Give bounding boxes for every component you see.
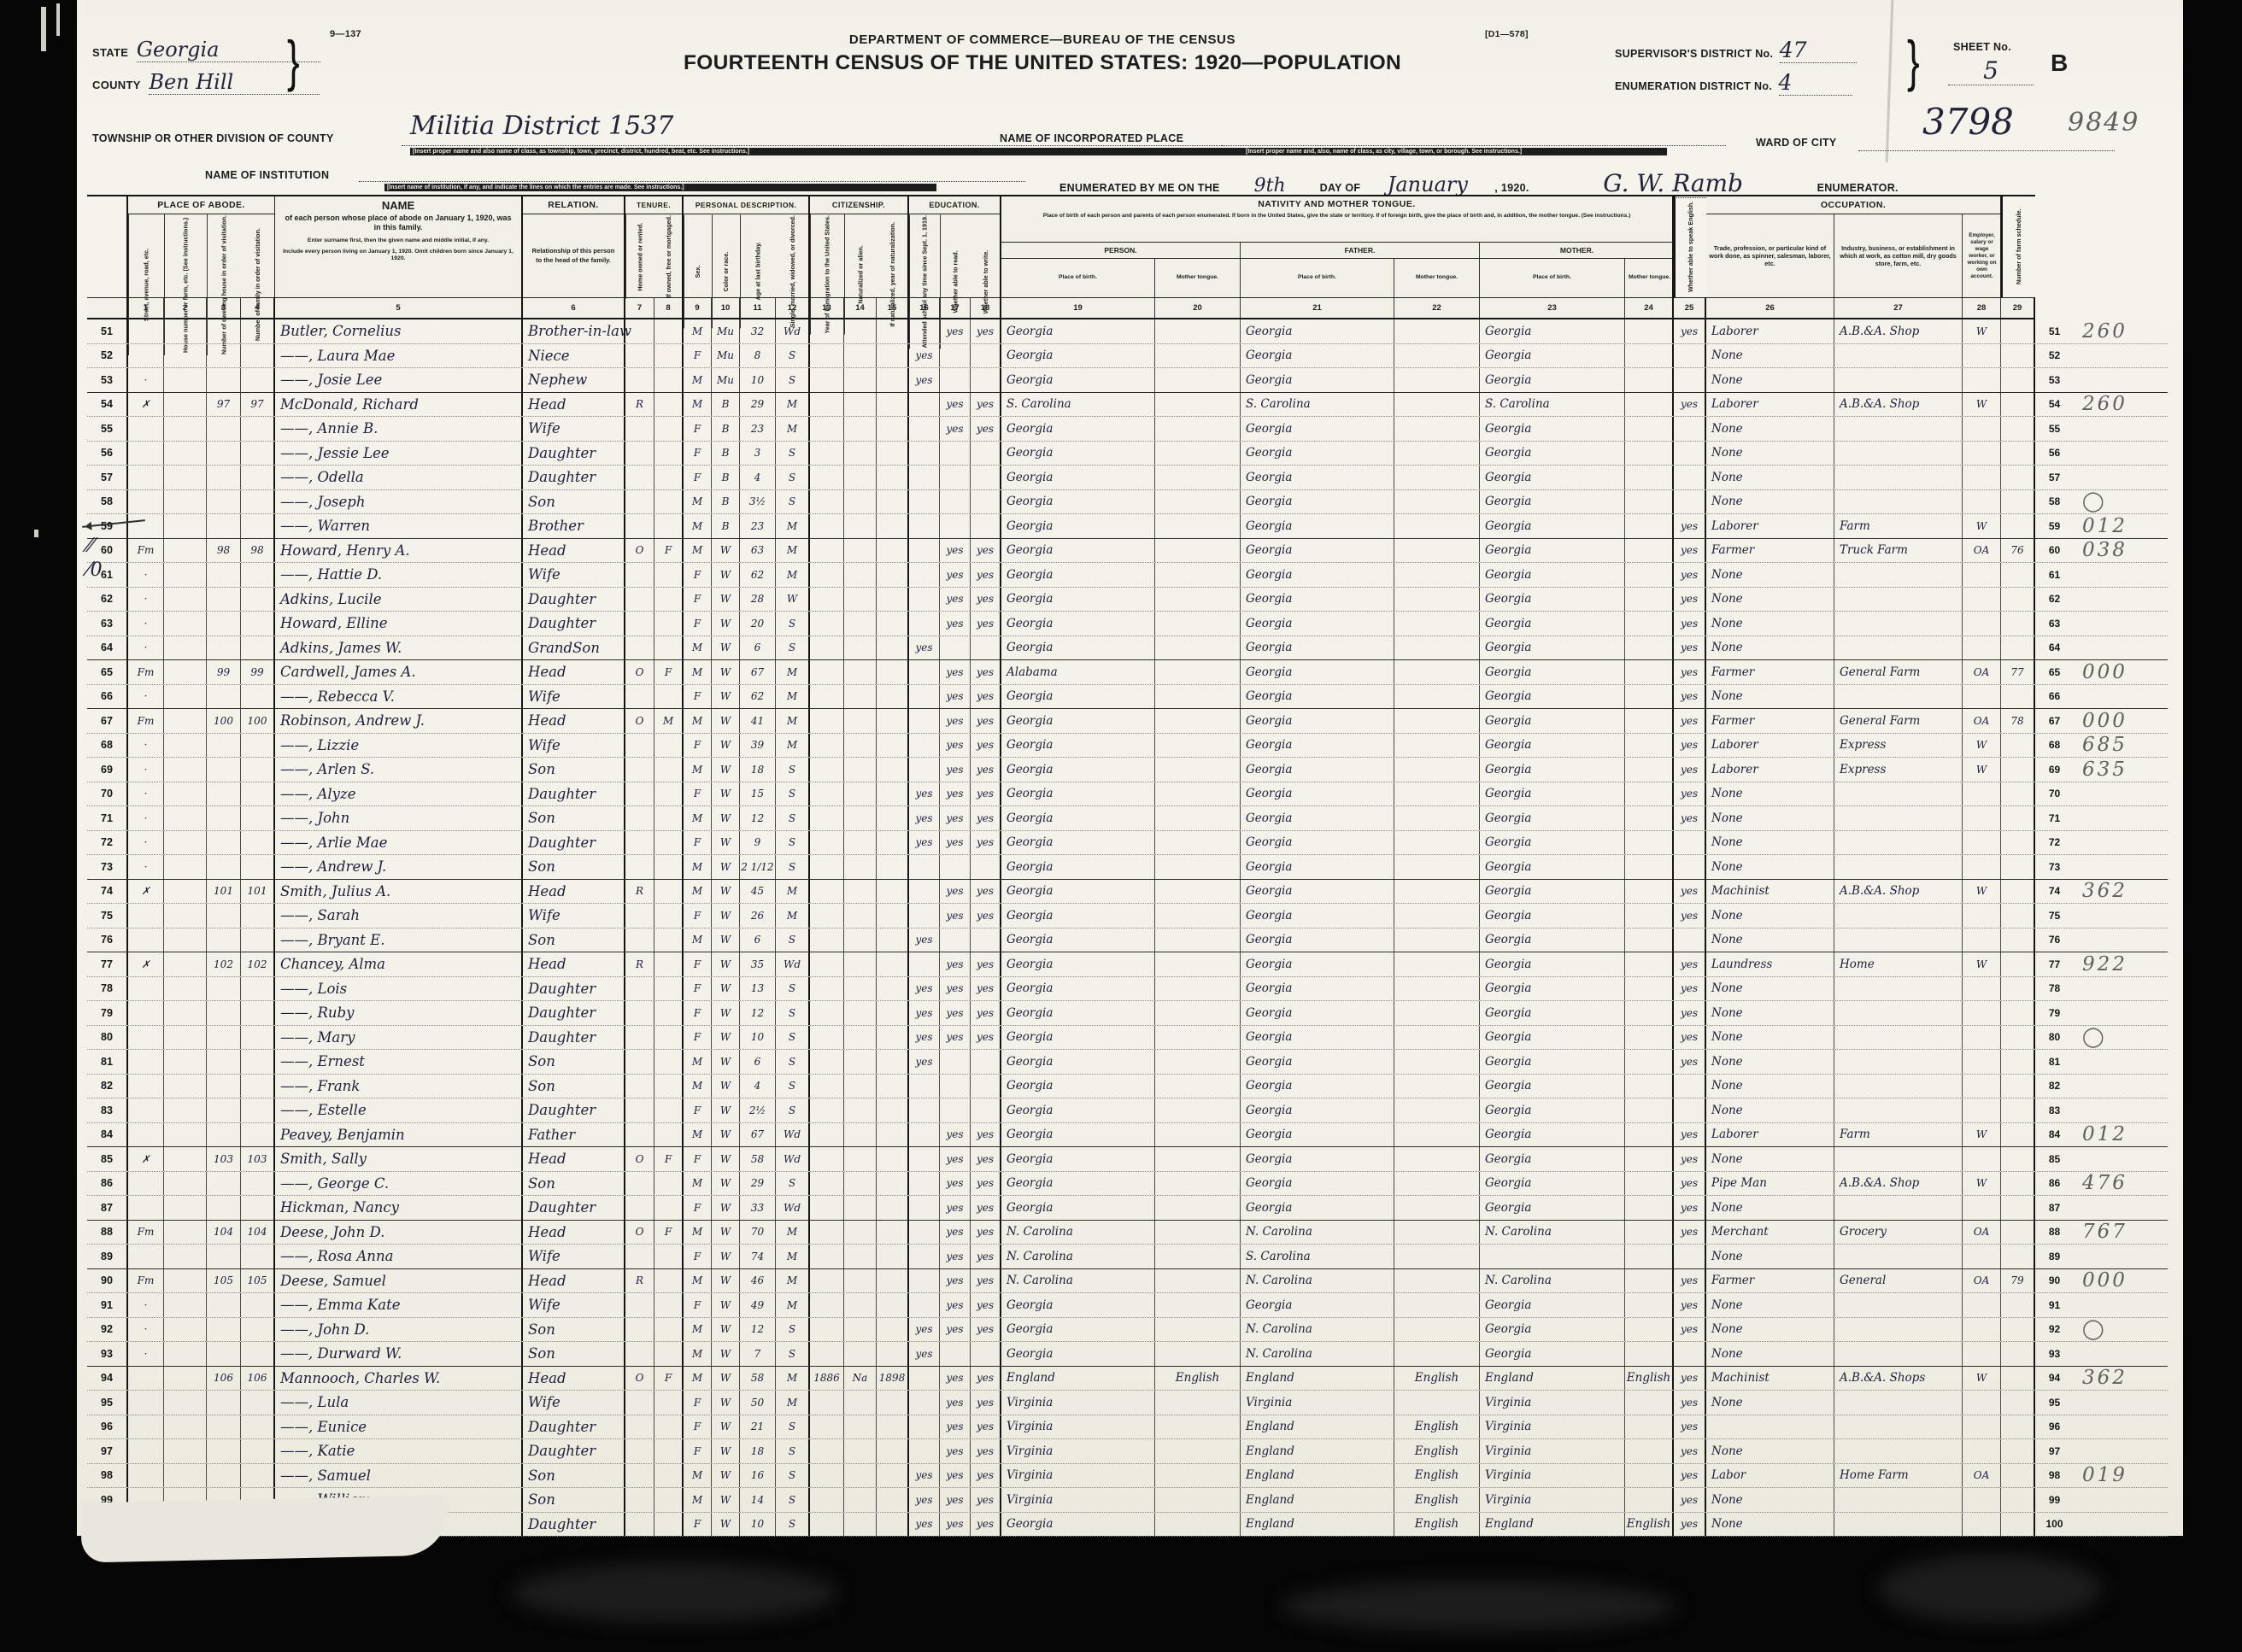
pencil-margin-number xyxy=(2074,1050,2168,1074)
cell-pob: Georgia xyxy=(1001,1098,1155,1122)
cell-occ: Laborer xyxy=(1706,734,1834,758)
cell-sch: yes xyxy=(909,368,940,392)
cell-rel: Head xyxy=(523,1221,625,1245)
line-number-left: 81 xyxy=(87,1050,128,1074)
cell-natyr xyxy=(877,539,909,563)
line-number-right: 79 xyxy=(2035,1001,2074,1025)
cell-mt xyxy=(1155,1050,1241,1074)
cell-eng xyxy=(1674,1245,1706,1268)
cell-sch xyxy=(909,442,940,466)
cell-hn xyxy=(164,952,207,976)
census-row: 67Fm100100Robinson, Andrew J.HeadOMMW41M… xyxy=(87,709,2168,734)
cell-age: 67 xyxy=(740,1123,776,1147)
cell-write: yes xyxy=(971,1439,1001,1463)
cell-fm xyxy=(241,466,275,489)
cell-pob: Alabama xyxy=(1001,660,1155,684)
cell-dw: 106 xyxy=(207,1367,241,1391)
line-number-left: 94 xyxy=(87,1367,128,1391)
col-header-employer-class: Employer, salary or wage worker, or work… xyxy=(1963,214,2001,297)
cell-mmt xyxy=(1625,1464,1674,1488)
cell-st: ✗ xyxy=(128,952,164,976)
cell-emp xyxy=(1963,1075,2001,1098)
cell-dw xyxy=(207,929,241,952)
cell-own xyxy=(625,1415,654,1439)
line-number-right: 75 xyxy=(2035,904,2074,928)
cell-sex: F xyxy=(684,466,712,489)
cell-ind xyxy=(1834,368,1963,392)
cell-fpob: N. Carolina xyxy=(1241,1221,1394,1245)
cell-mmt xyxy=(1625,1293,1674,1317)
cell-age: 45 xyxy=(740,880,776,904)
cell-eng: yes xyxy=(1674,952,1706,976)
cell-fmt xyxy=(1394,344,1480,368)
cell-yr xyxy=(810,1050,844,1074)
cell-emp xyxy=(1963,855,2001,879)
line-number-left: 85 xyxy=(87,1147,128,1171)
cell-mpob: Georgia xyxy=(1480,709,1625,733)
cell-mmt xyxy=(1625,1269,1674,1293)
cell-mort xyxy=(654,417,684,441)
cell-race: W xyxy=(712,1123,740,1147)
cell-mort xyxy=(654,1172,684,1196)
cell-mmt xyxy=(1625,685,1674,709)
cell-race: W xyxy=(712,1050,740,1074)
cell-st: · xyxy=(128,685,164,709)
line-number-left: 58 xyxy=(87,490,128,514)
cell-yr xyxy=(810,539,844,563)
cell-mort xyxy=(654,612,684,636)
cell-pob: Georgia xyxy=(1001,368,1155,392)
cell-mort xyxy=(654,1098,684,1122)
cell-st xyxy=(128,442,164,466)
cell-st: · xyxy=(128,1318,164,1342)
cell-mt xyxy=(1155,1342,1241,1366)
cell-read xyxy=(940,344,971,368)
cell-mt xyxy=(1155,368,1241,392)
cell-st: ✗ xyxy=(128,1147,164,1171)
cell-mpob: Georgia xyxy=(1480,1196,1625,1220)
cell-fm xyxy=(241,1293,275,1317)
cell-sch xyxy=(909,734,940,758)
cell-write: yes xyxy=(971,612,1001,636)
cell-eng: yes xyxy=(1674,612,1706,636)
cell-read: yes xyxy=(940,806,971,830)
cell-fmt xyxy=(1394,709,1480,733)
cell-fpob: Georgia xyxy=(1241,368,1394,392)
cell-race: W xyxy=(712,636,740,660)
column-number: 26 xyxy=(1706,297,1834,318)
pencil-margin-number xyxy=(2074,685,2168,709)
pencil-margin-number xyxy=(2074,1342,2168,1366)
census-row: 86——, George C.SonMW29SyesyesGeorgiaGeor… xyxy=(87,1172,2168,1197)
cell-mar: Wd xyxy=(776,1147,810,1171)
cell-own xyxy=(625,1391,654,1415)
cell-nat xyxy=(844,514,877,538)
township-label: TOWNSHIP OR OTHER DIVISION OF COUNTY xyxy=(92,132,334,144)
cell-age: 9 xyxy=(740,831,776,855)
cell-fmt xyxy=(1394,612,1480,636)
cell-ind xyxy=(1834,1098,1963,1122)
pencil-margin-number xyxy=(2074,368,2168,392)
cell-age: 18 xyxy=(740,758,776,782)
cell-eng: yes xyxy=(1674,319,1706,343)
census-row: 92·——, John D.SonMW12SyesyesyesGeorgiaN.… xyxy=(87,1318,2168,1343)
cell-write: yes xyxy=(971,685,1001,709)
cell-sex: F xyxy=(684,782,712,806)
cell-ind: A.B.&A. Shop xyxy=(1834,393,1963,417)
cell-write xyxy=(971,929,1001,952)
cell-pob: Georgia xyxy=(1001,1075,1155,1098)
cell-write: yes xyxy=(971,660,1001,684)
line-number-left: 69 xyxy=(87,758,128,782)
cell-mort xyxy=(654,1293,684,1317)
cell-farm xyxy=(2001,1245,2035,1268)
cell-own xyxy=(625,1464,654,1488)
cell-mort xyxy=(654,442,684,466)
cell-read xyxy=(940,1075,971,1098)
cell-occ: Farmer xyxy=(1706,539,1834,563)
cell-fpob: Georgia xyxy=(1241,344,1394,368)
cell-fm xyxy=(241,514,275,538)
cell-pob: Georgia xyxy=(1001,636,1155,660)
cell-emp: W xyxy=(1963,880,2001,904)
cell-hn xyxy=(164,880,207,904)
line-number-left: 73 xyxy=(87,855,128,879)
cell-read xyxy=(940,1342,971,1366)
col-header-age: Age at last birthday. xyxy=(740,214,776,328)
cell-dw xyxy=(207,319,241,343)
cell-occ: Laundress xyxy=(1706,952,1834,976)
cell-mmt xyxy=(1625,612,1674,636)
cell-sch xyxy=(909,1269,940,1293)
cell-eng: yes xyxy=(1674,393,1706,417)
line-number-right: 86 xyxy=(2035,1172,2074,1196)
line-number-left: 77 xyxy=(87,952,128,976)
cell-race: W xyxy=(712,1488,740,1512)
cell-name: ——, Samuel xyxy=(275,1464,523,1488)
cell-mmt xyxy=(1625,1415,1674,1439)
cell-mmt xyxy=(1625,319,1674,343)
cell-write: yes xyxy=(971,1221,1001,1245)
cell-fmt xyxy=(1394,806,1480,830)
cell-mort xyxy=(654,1269,684,1293)
cell-mt xyxy=(1155,1269,1241,1293)
cell-write: yes xyxy=(971,1513,1001,1537)
cell-hn xyxy=(164,1269,207,1293)
cell-rel: Daughter xyxy=(523,1439,625,1463)
cell-nat xyxy=(844,806,877,830)
group-title-nativity: NATIVITY AND MOTHER TONGUE. xyxy=(1001,196,1672,212)
cell-mt xyxy=(1155,782,1241,806)
cell-mmt xyxy=(1625,1050,1674,1074)
cell-yr xyxy=(810,952,844,976)
column-number: 28 xyxy=(1963,297,2001,318)
cell-dw xyxy=(207,368,241,392)
cell-read xyxy=(940,368,971,392)
cell-rel: Wife xyxy=(523,734,625,758)
cell-read: yes xyxy=(940,612,971,636)
cell-fmt xyxy=(1394,636,1480,660)
cell-eng xyxy=(1674,344,1706,368)
cell-ind: Farm xyxy=(1834,1123,1963,1147)
cell-hn xyxy=(164,514,207,538)
group-title-abode: PLACE OF ABODE. xyxy=(128,196,274,214)
cell-age: 13 xyxy=(740,977,776,1001)
cell-rel: Son xyxy=(523,1488,625,1512)
cell-st xyxy=(128,1439,164,1463)
cell-name: ——, John xyxy=(275,806,523,830)
cell-fm xyxy=(241,588,275,612)
line-number-right: 71 xyxy=(2035,806,2074,830)
cell-ind: Farm xyxy=(1834,514,1963,538)
cell-mar: S xyxy=(776,977,810,1001)
cell-yr xyxy=(810,442,844,466)
line-number-left: 51 xyxy=(87,319,128,343)
cell-mar: M xyxy=(776,539,810,563)
cell-eng: yes xyxy=(1674,1050,1706,1074)
census-row: 85✗103103Smith, SallyHeadOFFW58WdyesyesG… xyxy=(87,1147,2168,1172)
cell-race: W xyxy=(712,855,740,879)
cell-mort: F xyxy=(654,660,684,684)
cell-mpob: England xyxy=(1480,1513,1625,1537)
cell-read: yes xyxy=(940,1026,971,1050)
cell-fmt: English xyxy=(1394,1488,1480,1512)
cell-fmt xyxy=(1394,1221,1480,1245)
cell-occ: None xyxy=(1706,490,1834,514)
cell-age: 4 xyxy=(740,1075,776,1098)
cell-yr xyxy=(810,393,844,417)
pencil-margin-number xyxy=(2074,1513,2168,1537)
cell-fm xyxy=(241,758,275,782)
cell-race: W xyxy=(712,1439,740,1463)
cell-fpob: England xyxy=(1241,1367,1394,1391)
cell-mort xyxy=(654,344,684,368)
cell-st xyxy=(128,929,164,952)
cell-name: ——, Josie Lee xyxy=(275,368,523,392)
cell-mar: S xyxy=(776,782,810,806)
cell-fpob: Georgia xyxy=(1241,685,1394,709)
cell-occ: None xyxy=(1706,904,1834,928)
cell-race: W xyxy=(712,588,740,612)
cell-sch xyxy=(909,685,940,709)
cell-nat xyxy=(844,929,877,952)
cell-fm xyxy=(241,977,275,1001)
cell-occ: Farmer xyxy=(1706,709,1834,733)
pencil-margin-number: 000 xyxy=(2074,1269,2168,1293)
cell-dw xyxy=(207,1391,241,1415)
census-row: 75——, SarahWifeFW26MyesyesGeorgiaGeorgia… xyxy=(87,904,2168,929)
cell-mpob: Georgia xyxy=(1480,368,1625,392)
cell-sex: M xyxy=(684,514,712,538)
census-row: 60⁄⁄Fm9898Howard, Henry A.HeadOFMW63Myes… xyxy=(87,539,2168,564)
cell-eng xyxy=(1674,929,1706,952)
group-occupation: OCCUPATION. Trade, profession, or partic… xyxy=(1706,196,2001,297)
cell-sch xyxy=(909,539,940,563)
cell-occ: None xyxy=(1706,1513,1834,1537)
cell-mt xyxy=(1155,1318,1241,1342)
cell-write: yes xyxy=(971,319,1001,343)
cell-mt xyxy=(1155,1123,1241,1147)
cell-sex: F xyxy=(684,1513,712,1537)
cell-dw: 102 xyxy=(207,952,241,976)
cell-mar: Wd xyxy=(776,952,810,976)
cell-emp xyxy=(1963,929,2001,952)
line-number-left: 53 xyxy=(87,368,128,392)
cell-read: yes xyxy=(940,417,971,441)
cell-write: yes xyxy=(971,1367,1001,1391)
census-row: 66·——, Rebecca V.WifeFW62MyesyesGeorgiaG… xyxy=(87,685,2168,710)
cell-sch: yes xyxy=(909,831,940,855)
cell-mpob: Virginia xyxy=(1480,1415,1625,1439)
cell-read: yes xyxy=(940,1269,971,1293)
cell-mmt xyxy=(1625,1318,1674,1342)
cell-mmt xyxy=(1625,734,1674,758)
cell-sex: F xyxy=(684,831,712,855)
cell-sex: F xyxy=(684,1147,712,1171)
cell-occ: None xyxy=(1706,1147,1834,1171)
cell-mt xyxy=(1155,344,1241,368)
pencil-margin-number xyxy=(2074,1147,2168,1171)
cell-rel: Head xyxy=(523,952,625,976)
cell-sex: M xyxy=(684,1172,712,1196)
name-note-2: Enter surname first, then the given name… xyxy=(282,237,514,244)
cell-mort: M xyxy=(654,709,684,733)
cell-age: 2 1/12 xyxy=(740,855,776,879)
cell-sex: M xyxy=(684,393,712,417)
cell-fmt xyxy=(1394,1172,1480,1196)
cell-fm xyxy=(241,1001,275,1025)
cell-write xyxy=(971,1075,1001,1098)
cell-ind xyxy=(1834,1293,1963,1317)
cell-ind: A.B.&A. Shop xyxy=(1834,319,1963,343)
cell-pob: Georgia xyxy=(1001,1001,1155,1025)
cell-pob: S. Carolina xyxy=(1001,393,1155,417)
cell-fpob: Georgia xyxy=(1241,319,1394,343)
line-number-right: 98 xyxy=(2035,1464,2074,1488)
cell-own: O xyxy=(625,660,654,684)
census-row: 53·——, Josie LeeNephewMMu10SyesGeorgiaGe… xyxy=(87,368,2168,393)
cell-write xyxy=(971,1050,1001,1074)
cell-farm xyxy=(2001,1172,2035,1196)
line-number-right: 93 xyxy=(2035,1342,2074,1366)
cell-sch xyxy=(909,660,940,684)
cell-eng xyxy=(1674,855,1706,879)
cell-mt xyxy=(1155,1415,1241,1439)
incorporated-place-label: NAME OF INCORPORATED PLACE xyxy=(1000,132,1183,144)
cell-mpob: S. Carolina xyxy=(1480,393,1625,417)
cell-emp xyxy=(1963,588,2001,612)
cell-farm xyxy=(2001,880,2035,904)
cell-age: 16 xyxy=(740,1464,776,1488)
cell-own: R xyxy=(625,952,654,976)
cell-write: yes xyxy=(971,1293,1001,1317)
cell-age: 7 xyxy=(740,1342,776,1366)
cell-pob: Virginia xyxy=(1001,1415,1155,1439)
state-label: STATE xyxy=(92,46,128,59)
cell-natyr xyxy=(877,442,909,466)
line-number-right: 99 xyxy=(2035,1488,2074,1512)
cell-mpob: Georgia xyxy=(1480,466,1625,489)
cell-own xyxy=(625,782,654,806)
cell-natyr xyxy=(877,1293,909,1317)
line-number-left: 83 xyxy=(87,1098,128,1122)
census-row: 73·——, Andrew J.SonMW2 1/12SGeorgiaGeorg… xyxy=(87,855,2168,880)
cell-read xyxy=(940,855,971,879)
cell-occ: Laborer xyxy=(1706,514,1834,538)
pencil-margin-number: 362 xyxy=(2074,1367,2168,1391)
cell-pob: N. Carolina xyxy=(1001,1245,1155,1268)
cell-mmt xyxy=(1625,1342,1674,1366)
cell-eng: yes xyxy=(1674,1001,1706,1025)
cell-yr xyxy=(810,977,844,1001)
cell-name: ——, Ernest xyxy=(275,1050,523,1074)
cell-st xyxy=(128,514,164,538)
cell-emp: W xyxy=(1963,758,2001,782)
cell-ind xyxy=(1834,929,1963,952)
cell-farm xyxy=(2001,442,2035,466)
cell-name: ——, Lula xyxy=(275,1391,523,1415)
cell-hn xyxy=(164,442,207,466)
cell-race: Mu xyxy=(712,344,740,368)
cell-mpob: Georgia xyxy=(1480,1123,1625,1147)
cell-age: 29 xyxy=(740,393,776,417)
cell-read: yes xyxy=(940,1147,971,1171)
cell-mar: S xyxy=(776,1050,810,1074)
cell-mpob: Georgia xyxy=(1480,636,1625,660)
line-number-right: 90 xyxy=(2035,1269,2074,1293)
cell-sex: F xyxy=(684,1439,712,1463)
cell-yr xyxy=(810,880,844,904)
cell-farm xyxy=(2001,1415,2035,1439)
cell-yr xyxy=(810,1513,844,1537)
cell-dw: 104 xyxy=(207,1221,241,1245)
cell-mort xyxy=(654,1050,684,1074)
cell-age: 4 xyxy=(740,466,776,489)
line-number-left: 67 xyxy=(87,709,128,733)
cell-emp xyxy=(1963,1488,2001,1512)
cell-sch xyxy=(909,466,940,489)
cell-fm xyxy=(241,1415,275,1439)
line-number-left: 96 xyxy=(87,1415,128,1439)
cell-name: ——, Estelle xyxy=(275,1098,523,1122)
cell-yr xyxy=(810,904,844,928)
cell-natyr xyxy=(877,1075,909,1098)
cell-read: yes xyxy=(940,709,971,733)
cell-fmt xyxy=(1394,417,1480,441)
film-smudge xyxy=(1880,1555,2102,1623)
cell-dw: 99 xyxy=(207,660,241,684)
cell-mmt xyxy=(1625,1075,1674,1098)
cell-pob: Georgia xyxy=(1001,1147,1155,1171)
group-place-of-abode: PLACE OF ABODE. Street, avenue, road, et… xyxy=(128,196,275,297)
pencil-margin-number xyxy=(2074,563,2168,587)
pencil-margin-number: 476 xyxy=(2074,1172,2168,1196)
cell-mar: S xyxy=(776,1488,810,1512)
cell-fmt xyxy=(1394,1098,1480,1122)
pencil-margin-number: 635 xyxy=(2074,758,2168,782)
cell-name: ——, Annie B. xyxy=(275,417,523,441)
cell-yr xyxy=(810,466,844,489)
cell-ind xyxy=(1834,806,1963,830)
cell-name: Deese, Samuel xyxy=(275,1269,523,1293)
cell-natyr xyxy=(877,417,909,441)
cell-rel: Wife xyxy=(523,904,625,928)
cell-race: B xyxy=(712,417,740,441)
census-table: PLACE OF ABODE. Street, avenue, road, et… xyxy=(87,195,2168,1537)
cell-mpob xyxy=(1480,1245,1625,1268)
cell-mmt xyxy=(1625,1147,1674,1171)
cell-fm xyxy=(241,685,275,709)
